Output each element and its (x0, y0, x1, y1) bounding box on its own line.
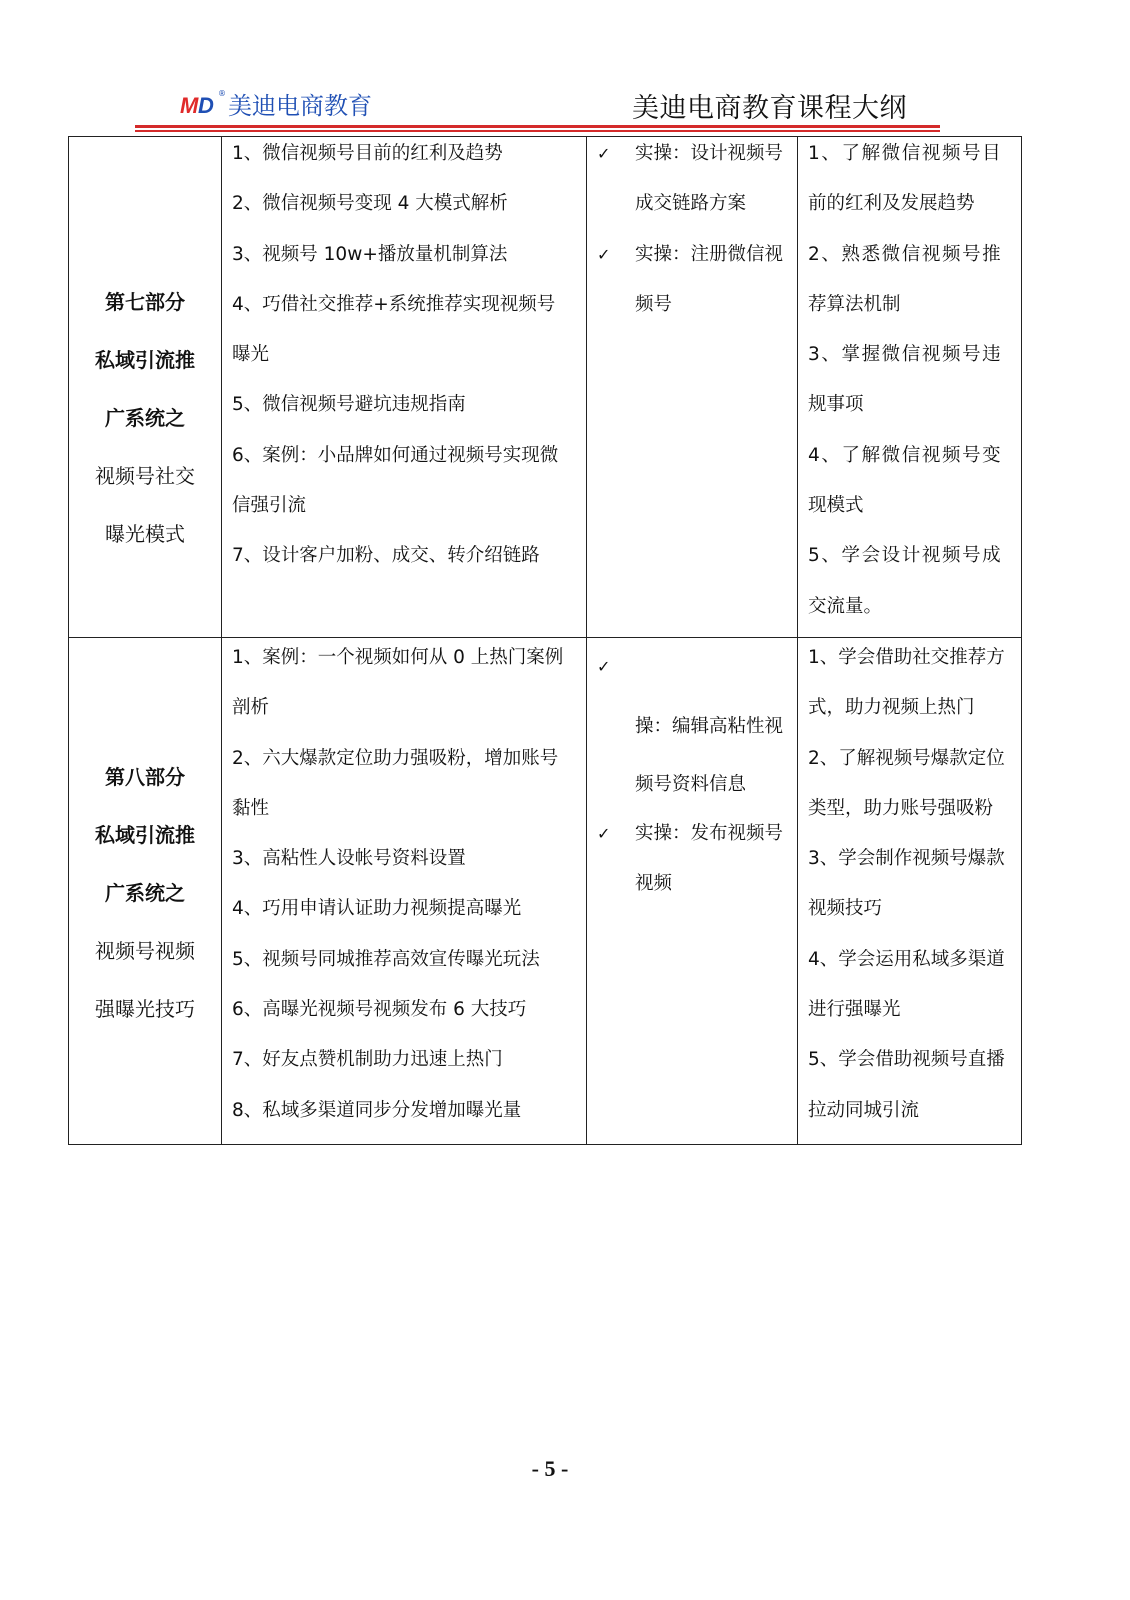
content-line: 8、私域多渠道同步分发增加曝光量 (232, 1086, 586, 1136)
content-line: 4、巧借社交推荐+系统推荐实现视频号 (232, 280, 586, 330)
practice-line: 实操：发布视频号 (597, 823, 783, 844)
section-row-7: 第七部分 私域引流推 广系统之 视频号社交 曝光模式 1、微信视频号目前的红利及… (69, 137, 1022, 638)
content-line: 曝光 (232, 330, 586, 380)
section-subtitle-line: 视频号社交 (69, 447, 221, 505)
practice-line: 实操：设计视频号 (597, 143, 783, 164)
practice-line: 操：编辑高粘性视 (597, 716, 783, 737)
content-cell: 1、微信视频号目前的红利及趋势 2、微信视频号变现 4 大模式解析 3、视频号 … (222, 137, 587, 638)
section-title-line: 第八部分 (69, 748, 221, 806)
goal-line: 1、学会借助社交推荐方 (808, 633, 1021, 683)
section-subtitle-line: 视频号视频 (69, 922, 221, 980)
practice-cell: ✓ 操：编辑高粘性视 频号资料信息 ✓实操：发布视频号 视频 (587, 638, 798, 1145)
content-line: 4、巧用申请认证助力视频提高曝光 (232, 884, 586, 934)
content-line: 5、微信视频号避坑违规指南 (232, 380, 586, 430)
content-line: 6、案例：小品牌如何通过视频号实现微 (232, 431, 586, 481)
goal-line: 5、学会设计视频号成 (808, 531, 1021, 581)
md-logo-icon: M D ® (180, 91, 220, 115)
content-line: 1、微信视频号目前的红利及趋势 (232, 129, 586, 179)
logo-m-letter: M (180, 93, 196, 119)
practice-line: 实操：注册微信视 (597, 244, 783, 265)
content-line: 7、设计客户加粉、成交、转介绍链路 (232, 531, 586, 581)
logo-text: 美迪电商教育 (228, 86, 372, 121)
page-number: - 5 - (0, 1456, 1100, 1482)
section-title-cell: 第七部分 私域引流推 广系统之 视频号社交 曝光模式 (69, 137, 222, 638)
goal-line: 5、学会借助视频号直播 (808, 1035, 1021, 1085)
content-line: 2、微信视频号变现 4 大模式解析 (232, 179, 586, 229)
registered-mark: ® (218, 89, 226, 98)
section-title-cell: 第八部分 私域引流推 广系统之 视频号视频 强曝光技巧 (69, 638, 222, 1145)
header-rule-thick (135, 125, 940, 128)
course-outline-table: 第七部分 私域引流推 广系统之 视频号社交 曝光模式 1、微信视频号目前的红利及… (68, 136, 1022, 1145)
section-title-line: 广系统之 (69, 864, 221, 922)
goal-line: 3、学会制作视频号爆款 (808, 834, 1021, 884)
section-title-line: 广系统之 (69, 389, 221, 447)
goal-line: 式，助力视频上热门 (808, 683, 1021, 733)
goal-line: 2、了解视频号爆款定位 (808, 734, 1021, 784)
content-line: 5、视频号同城推荐高效宣传曝光玩法 (232, 935, 586, 985)
goal-line: 荐算法机制 (808, 280, 1021, 330)
checkmark-icon: ✓ (597, 230, 610, 280)
content-line: 6、高曝光视频号视频发布 6 大技巧 (232, 985, 586, 1035)
goal-line: 交流量。 (808, 582, 1021, 632)
goal-line: 4、了解微信视频号变 (808, 431, 1021, 481)
content-line: 2、六大爆款定位助力强吸粉，增加账号 (232, 734, 586, 784)
goal-line: 1、了解微信视频号目 (808, 129, 1021, 179)
content-line: 黏性 (232, 784, 586, 834)
goals-cell: 1、学会借助社交推荐方 式，助力视频上热门 2、了解视频号爆款定位 类型，助力账… (798, 638, 1022, 1145)
section-title-line: 私域引流推 (69, 806, 221, 864)
goal-line: 现模式 (808, 481, 1021, 531)
goal-line: 3、掌握微信视频号违 (808, 330, 1021, 380)
goal-line: 4、学会运用私域多渠道 (808, 935, 1021, 985)
section-subtitle-line: 曝光模式 (69, 505, 221, 563)
practice-line: 成交链路方案 (597, 193, 746, 214)
checkmark-icon: ✓ (597, 811, 610, 857)
document-title: 美迪电商教育课程大纲 (632, 86, 907, 125)
goal-line: 规事项 (808, 380, 1021, 430)
section-title-line: 第七部分 (69, 273, 221, 331)
practice-line: 频号资料信息 (597, 774, 746, 795)
content-line: 3、高粘性人设帐号资料设置 (232, 834, 586, 884)
content-line: 剖析 (232, 683, 586, 733)
content-line: 7、好友点赞机制助力迅速上热门 (232, 1035, 586, 1085)
goal-line: 拉动同城引流 (808, 1086, 1021, 1136)
section-subtitle-line: 强曝光技巧 (69, 980, 221, 1038)
checkmark-icon: ✓ (597, 638, 610, 695)
practice-cell: ✓实操：设计视频号 成交链路方案 ✓实操：注册微信视 频号 (587, 137, 798, 638)
section-title-line: 私域引流推 (69, 331, 221, 389)
content-line: 1、案例：一个视频如何从 0 上热门案例 (232, 633, 586, 683)
checkmark-icon: ✓ (597, 129, 610, 179)
page-header: M D ® 美迪电商教育 美迪电商教育课程大纲 (0, 0, 1130, 136)
practice-line: 视频 (597, 873, 672, 894)
content-cell: 1、案例：一个视频如何从 0 上热门案例 剖析 2、六大爆款定位助力强吸粉，增加… (222, 638, 587, 1145)
goal-line: 进行强曝光 (808, 985, 1021, 1035)
goals-cell: 1、了解微信视频号目 前的红利及发展趋势 2、熟悉微信视频号推 荐算法机制 3、… (798, 137, 1022, 638)
content-line: 信强引流 (232, 481, 586, 531)
goal-line: 2、熟悉微信视频号推 (808, 230, 1021, 280)
goal-line: 视频技巧 (808, 884, 1021, 934)
practice-line: 频号 (597, 294, 672, 315)
section-row-8: 第八部分 私域引流推 广系统之 视频号视频 强曝光技巧 1、案例：一个视频如何从… (69, 638, 1022, 1145)
logo-d-letter: D (198, 93, 214, 119)
brand-logo: M D ® 美迪电商教育 (180, 88, 372, 118)
goal-line: 前的红利及发展趋势 (808, 179, 1021, 229)
content-line: 3、视频号 10w+播放量机制算法 (232, 230, 586, 280)
goal-line: 类型，助力账号强吸粉 (808, 784, 1021, 834)
